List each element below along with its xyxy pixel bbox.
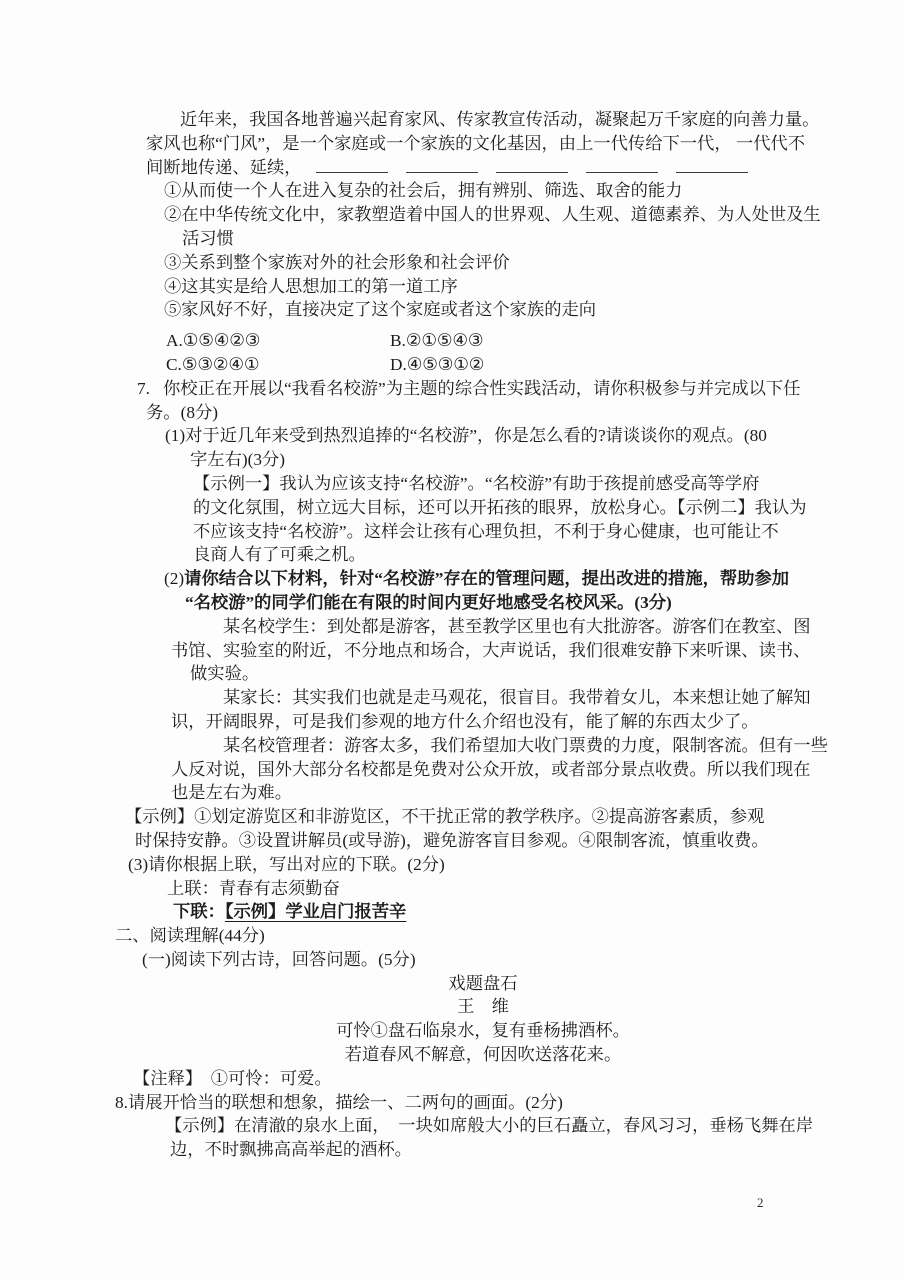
- page-number: 2: [757, 1195, 764, 1211]
- q6-option-b: B.②①⑤④③: [390, 329, 614, 353]
- q6-options-row-2: C.⑤③②④①D.④⑤③①②: [166, 353, 904, 377]
- fill-in-blank-2: [406, 158, 478, 173]
- q7-part3-stem: (3)请你根据上联，写出对应的下联。(2分): [128, 853, 904, 877]
- q7-part1-example-line-2: 的文化氛围，树立远大目标，还可以开拓孩的眼界，放松身心。【示例二】我认为: [193, 496, 904, 520]
- q6-intro-line-3: 间断地传递、延续，: [146, 156, 904, 180]
- q7-material-student-line-1: 某名校学生：到处都是游客，甚至教学区里也有大批游客。游客们在教室、图: [223, 615, 904, 639]
- q7-stem-line-2: 务。(8分): [146, 401, 904, 425]
- section2-sub-heading: (一)阅读下列古诗，回答问题。(5分): [142, 948, 904, 972]
- fill-in-blank-5: [676, 158, 748, 173]
- q6-option-a: A.①⑤④②③: [166, 329, 390, 353]
- q7-couplet-lower-answer: 【示例】学业启门报苦辛: [225, 902, 406, 921]
- q6-item-3: ③关系到整个家族对外的社会形象和社会评价: [164, 251, 904, 275]
- q7-number: 7.: [137, 377, 163, 401]
- q6-intro-line-2: 家风也称“门风”，是一个家庭或一个家族的文化基因，由上一代传给下一代， 一代代不: [146, 132, 904, 156]
- q7-part2-example-line-1: 【示例】①划定游览区和非游览区，不干扰正常的教学秩序。②提高游客素质，参观: [125, 805, 904, 829]
- q7-part2-text: 请你结合以下材料，针对“名校游”存在的管理问题，提出改进的措施，帮助参加: [184, 569, 789, 588]
- q7-couplet-lower-label: 下联：: [173, 902, 225, 921]
- q6-intro-line-1: 近年来，我国各地普遍兴起育家风、传家教宣传活动，凝聚起万千家庭的向善力量。: [146, 108, 904, 132]
- q6-options-row-1: A.①⑤④②③B.②①⑤④③: [166, 329, 904, 353]
- section2-heading: 二、阅读理解(44分): [115, 924, 904, 948]
- fill-in-blank-3: [496, 158, 568, 173]
- q7-material-manager-line-3: 也是左右为难。: [171, 781, 904, 805]
- q7-couplet-lower: 下联：【示例】学业启门报苦辛: [173, 900, 904, 924]
- q7-part1-example-line-3: 不应该支持“名校游”。这样会让孩有心理负担，不利于身心健康，也可能让不: [193, 520, 904, 544]
- q7-part2-line-2: “名校游”的同学们能在有限的时间内更好地感受名校风采。(3分): [185, 591, 904, 615]
- q7-material-student-line-3: 做实验。: [190, 662, 904, 686]
- q6-item-2-line-1: ②在中华传统文化中，家教塑造着中国人的世界观、人生观、道德素养、为人处世及生: [164, 203, 904, 227]
- q7-material-parent-line-1: 某家长：其实我们也就是走马观花，很盲目。我带着女儿，本来想让她了解知: [223, 686, 904, 710]
- q6-option-d: D.④⑤③①②: [390, 353, 614, 377]
- q6-intro-line-3-text: 间断地传递、延续，: [146, 158, 302, 177]
- q6-item-1: ①从而使一个人在进入复杂的社会后，拥有辨别、筛选、取舍的能力: [164, 179, 904, 203]
- poem-line-2: 若道春风不解意，何因吹送落花来。: [146, 1043, 820, 1067]
- q6-item-4: ④这其实是给人思想加工的第一道工序: [164, 275, 904, 299]
- fill-in-blank-1: [316, 158, 388, 173]
- q7-material-manager-line-1: 某名校管理者：游客太多，我们希望加大收门票费的力度，限制客流。但有一些: [223, 734, 904, 758]
- q7-part2-number: (2): [164, 569, 184, 588]
- q7-stem-line-1: 7.你校正在开展以“我看名校游”为主题的综合性实践活动，请你积极参与并完成以下任: [137, 377, 904, 401]
- q7-part1-example-line-4: 良商人有了可乘之机。: [193, 543, 904, 567]
- poem-block: 戏题盘石 王 维 可怜①盘石临泉水，复有垂杨拂酒杯。 若道春风不解意，何因吹送落…: [146, 972, 820, 1067]
- q7-material-parent-line-2: 识，开阔眼界，可是我们参观的地方什么介绍也没有，能了解的东西太少了。: [171, 710, 904, 734]
- q6-option-c: C.⑤③②④①: [166, 353, 390, 377]
- exam-page: 近年来，我国各地普遍兴起育家风、传家教宣传活动，凝聚起万千家庭的向善力量。 家风…: [0, 0, 904, 1280]
- q8-example-line-1: 【示例】在清澈的泉水上面， 一块如席般大小的巨石矗立，春风习习，垂杨飞舞在岸: [165, 1114, 904, 1138]
- q7-part2-example-line-2: 时保持安静。③设置讲解员(或导游)，避免游客盲目参观。④限制客流，慎重收费。: [135, 829, 904, 853]
- exam-content: 近年来，我国各地普遍兴起育家风、传家教宣传活动，凝聚起万千家庭的向善力量。 家风…: [0, 108, 904, 1162]
- q7-part1-example-line-1: 【示例一】我认为应该支持“名校游”。“名校游”有助于孩提前感受高等学府: [193, 472, 904, 496]
- poem-author: 王 维: [146, 995, 820, 1019]
- q6-item-5: ⑤家风好不好，直接决定了这个家庭或者这个家族的走向: [164, 298, 904, 322]
- fill-in-blank-4: [586, 158, 658, 173]
- q8-example-line-2: 边，不时飘拂高高举起的酒杯。: [170, 1138, 904, 1162]
- q7-stem-text: 你校正在开展以“我看名校游”为主题的综合性实践活动，请你积极参与并完成以下任: [163, 379, 800, 398]
- q7-material-manager-line-2: 人反对说，国外大部分名校都是免费对公众开放，或者部分景点收费。所以我们现在: [171, 758, 904, 782]
- poem-title: 戏题盘石: [146, 972, 820, 996]
- poem-note: 【注释】 ①可怜：可爱。: [133, 1067, 904, 1091]
- q7-couplet-upper: 上联：青春有志须勤奋: [167, 877, 904, 901]
- q8-stem: 8.请展开恰当的联想和想象，描绘一、二两句的画面。(2分): [115, 1091, 904, 1115]
- poem-line-1: 可怜①盘石临泉水，复有垂杨拂酒杯。: [146, 1019, 820, 1043]
- q6-item-2-line-2: 活习惯: [182, 227, 904, 251]
- q7-material-student-line-2: 书馆、实验室的附近，不分地点和场合，大声说话，我们很难安静下来听课、读书、: [171, 639, 904, 663]
- q7-part2-line-1: (2)请你结合以下材料，针对“名校游”存在的管理问题，提出改进的措施，帮助参加: [164, 567, 904, 591]
- q7-part1-line-1: (1)对于近几年来受到热烈追捧的“名校游”，你是怎么看的?请谈谈你的观点。(80: [165, 424, 904, 448]
- q7-part1-line-2: 字左右)(3分): [190, 448, 904, 472]
